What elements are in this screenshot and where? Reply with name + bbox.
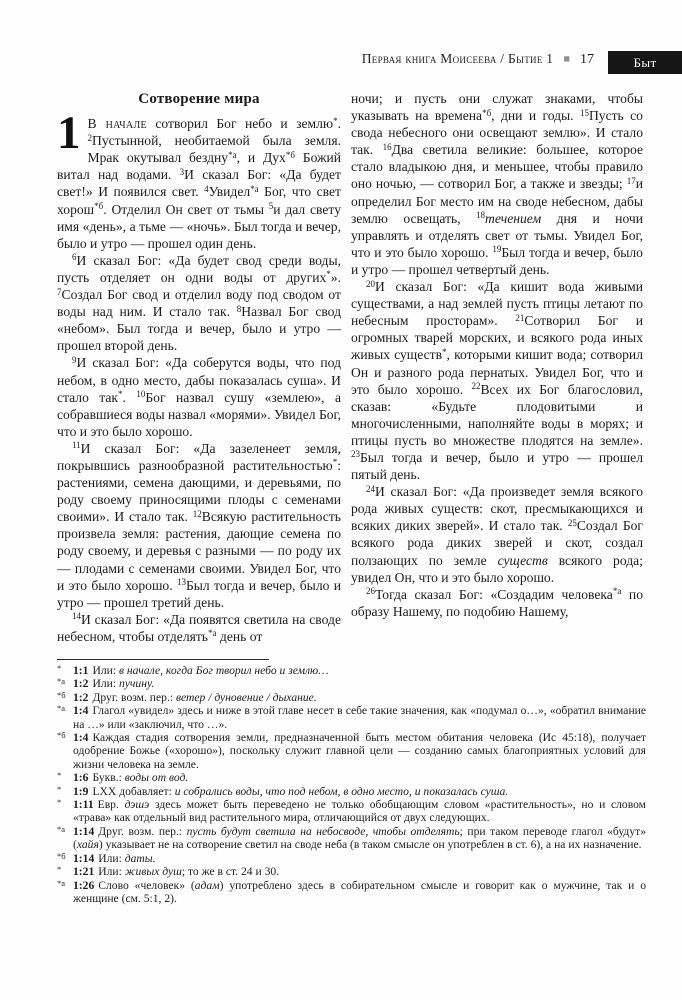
left-column-text: 1В начале сотворил Бог небо и землю*. 2П… [57, 115, 341, 645]
text-run: Или: [92, 664, 118, 677]
footnote-item: *1:6Букв.: воды от вод. [57, 771, 646, 784]
footnote-verse-ref: 1:14 [73, 825, 94, 838]
footnote-marker-inline: *а [228, 150, 237, 160]
emphasis-text: даты. [125, 852, 156, 865]
verse-number: 12 [193, 509, 202, 519]
footnote-marker: * [57, 769, 73, 782]
text-run: день от [217, 629, 263, 644]
verse-number: 21 [515, 313, 524, 323]
verse-number: 4 [204, 184, 209, 194]
verse-number: 5 [269, 201, 274, 211]
text-run: Глагол «увидел» здесь и ниже в этой глав… [73, 704, 646, 730]
verse-number: 25 [568, 518, 577, 528]
text-run: . [338, 116, 341, 131]
footnote-marker: *а [57, 702, 73, 729]
footnote-item: *а1:14Друг. возм. пер.: пусть будут свет… [57, 825, 646, 852]
footnote-verse-ref: 1:21 [73, 865, 94, 878]
emphasis-text: ветер / дуновение / дыхание. [176, 691, 317, 704]
footnote-item: *1:21Или: живых душ; то же в ст. 24 и 30… [57, 865, 646, 878]
emphasis-text: пучину. [119, 677, 154, 690]
verse-number: 26 [366, 586, 375, 596]
footnote-text: 1:21Или: живых душ; то же в ст. 24 и 30. [73, 865, 646, 878]
emphasis-text: воды от вод. [125, 771, 189, 784]
text-run: Или: [92, 677, 118, 690]
footnote-marker-inline: *а [250, 184, 259, 194]
emphasis-text: дэшэ [125, 798, 150, 811]
emphasis-text: живых душ [125, 865, 182, 878]
emphasis-text: существ [498, 553, 548, 568]
drop-cap: 1 [57, 117, 81, 150]
text-run: Два светила великие: большее, которое ст… [351, 142, 643, 191]
paragraph: 20И сказал Бог: «Да кишит вода живыми су… [351, 278, 643, 483]
emphasis-text: хайя [77, 838, 99, 851]
footnote-verse-ref: 1:2 [73, 677, 88, 690]
footnote-marker: * [57, 783, 73, 796]
paragraph: 11И сказал Бог: «Да зазеленеет земля, по… [57, 440, 341, 611]
text-run: Слово «человек» ( [98, 879, 194, 892]
thumb-tab-label: Быт [633, 55, 656, 71]
footnote-marker-inline: *а [208, 628, 217, 638]
footnote-marker: *а [57, 675, 73, 688]
footnotes-section: *1:1Или: в начале, когда Бог творил небо… [57, 659, 646, 905]
footnote-item: *б1:2Друг. возм. пер.: ветер / дуновение… [57, 691, 646, 704]
footnote-text: 1:2Друг. возм. пер.: ветер / дуновение /… [73, 691, 646, 704]
ornament-icon: ◼ [563, 54, 570, 63]
footnote-text: 1:1Или: в начале, когда Бог творил небо … [73, 664, 646, 677]
footnote-text: 1:9LXX добавляет: и собрались воды, что … [73, 785, 646, 798]
text-run: Каждая стадия сотворения земли, предназн… [73, 731, 646, 771]
text-run: , дни и годы. [491, 108, 580, 123]
verse-number: 6 [72, 252, 77, 262]
text-run: ». [331, 270, 341, 285]
footnote-list: *1:1Или: в начале, когда Бог творил небо… [57, 664, 646, 905]
text-run: Евр. [98, 798, 125, 811]
footnote-marker: *а [57, 877, 73, 904]
paragraph: 26Тогда сказал Бог: «Создадим человека*а… [351, 586, 643, 620]
verse-number: 16 [383, 142, 392, 152]
section-title: Сотворение мира [57, 91, 341, 108]
text-run: Букв.: [92, 771, 124, 784]
verse-number: 2 [88, 133, 93, 143]
footnote-marker: * [57, 796, 73, 823]
verse-number: 19 [492, 244, 501, 254]
verse-number: 22 [471, 381, 480, 391]
verse-number: 24 [366, 484, 375, 494]
text-run: Или: [98, 852, 124, 865]
verse-number: 17 [627, 176, 636, 186]
emphasis-text: и собрались воды, что под небом, в одно … [175, 785, 509, 798]
footnote-item: *а1:4Глагол «увидел» здесь и ниже в этой… [57, 704, 646, 731]
text-run: Или: [98, 865, 124, 878]
footnote-verse-ref: 1:1 [73, 664, 88, 677]
footnote-marker: *б [57, 729, 73, 769]
footnote-item: *б1:14Или: даты. [57, 852, 646, 865]
footnote-marker-inline: * [333, 116, 338, 126]
footnote-item: *а1:2Или: пучину. [57, 677, 646, 690]
page-number: 17 [580, 52, 594, 67]
footnote-marker-inline: *б [286, 150, 295, 160]
footnote-marker: *а [57, 823, 73, 850]
footnote-item: *а1:26Слово «человек» (адам) употреблено… [57, 879, 646, 906]
verse-number: 18 [476, 210, 485, 220]
text-run: ; то же в ст. 24 и 30. [182, 865, 279, 878]
footnote-text: 1:14Или: даты. [73, 852, 646, 865]
verse-number: 9 [72, 355, 77, 365]
verse-number: 13 [177, 577, 186, 587]
footnote-marker-inline: * [333, 457, 338, 467]
small-caps-text: В начале [88, 116, 147, 131]
text-run: И сказал Бог: «Да появятся светила на св… [57, 612, 341, 644]
text-run: . [123, 390, 137, 405]
footnote-text: 1:11Евр. дэшэ здесь может быть переведен… [73, 798, 646, 825]
text-run: Был тогда и вечер, было и утро — прошел … [351, 450, 643, 482]
verse-number: 20 [366, 279, 375, 289]
emphasis-text: течением [485, 211, 541, 226]
emphasis-text: адам [195, 879, 220, 892]
footnote-item: *1:11Евр. дэшэ здесь может быть переведе… [57, 798, 646, 825]
footnote-separator [57, 659, 269, 660]
paragraph: ночи; и пусть они служат знаками, чтобы … [351, 90, 643, 278]
verse-number: 23 [351, 449, 360, 459]
footnote-text: 1:2Или: пучину. [73, 677, 646, 690]
running-head: Первая книга Моисеева / Бытие 1◼17 [0, 51, 594, 68]
text-run: Друг. возм. пер.: [98, 825, 186, 838]
footnote-verse-ref: 1:4 [73, 704, 88, 717]
footnote-marker: * [57, 863, 73, 876]
text-run: , и Дух [237, 150, 286, 165]
footnote-text: 1:6Букв.: воды от вод. [73, 771, 646, 784]
text-column-left: Сотворение мира 1В начале сотворил Бог н… [57, 90, 341, 645]
footnote-item: *1:9LXX добавляет: и собрались воды, что… [57, 785, 646, 798]
footnote-marker-inline: * [118, 389, 123, 399]
verse-number: 15 [580, 108, 589, 118]
text-run: И сказал Бог: «Да зазеленеет земля, покр… [57, 441, 341, 473]
footnote-marker: * [57, 662, 73, 675]
text-run: сотворил Бог небо и землю [147, 116, 333, 131]
footnote-marker-inline: *б [482, 108, 491, 118]
text-run: Тогда сказал Бог: «Создадим человека [375, 587, 613, 602]
text-run: ) указывает не на сотворение светил на с… [99, 838, 642, 851]
footnote-verse-ref: 1:2 [73, 691, 88, 704]
footnote-text: 1:4Каждая стадия сотворения земли, предн… [73, 731, 646, 771]
emphasis-text: пусть будут светила на небосводе, чтобы … [187, 825, 460, 838]
text-column-right: ночи; и пусть они служат знаками, чтобы … [351, 90, 643, 645]
book-page: Первая книга Моисеева / Бытие 1◼17 Быт С… [0, 0, 682, 1000]
footnote-marker-inline: * [326, 269, 331, 279]
footnote-marker-inline: * [442, 347, 447, 357]
paragraph: 9И сказал Бог: «Да соберутся воды, что п… [57, 354, 341, 439]
paragraph: 6И сказал Бог: «Да будет свод среди воды… [57, 252, 341, 355]
footnote-marker: *б [57, 689, 73, 702]
footnote-verse-ref: 1:9 [73, 785, 88, 798]
footnote-verse-ref: 1:14 [73, 852, 94, 865]
footnote-verse-ref: 1:26 [73, 879, 94, 892]
footnote-text: 1:14Друг. возм. пер.: пусть будут светил… [73, 825, 646, 852]
footnote-marker-inline: *б [94, 201, 103, 211]
text-run: здесь может быть переведено не только об… [73, 798, 646, 824]
verse-number: 7 [57, 287, 62, 297]
paragraph: 24И сказал Бог: «Да произведет земля вся… [351, 483, 643, 586]
footnote-marker-inline: *а [613, 586, 622, 596]
footnote-verse-ref: 1:4 [73, 731, 88, 744]
footnote-item: *б1:4Каждая стадия сотворения земли, пре… [57, 731, 646, 771]
text-run: Друг. возм. пер.: [92, 691, 176, 704]
footnote-text: 1:4Глагол «увидел» здесь и ниже в этой г… [73, 704, 646, 731]
verse-number: 3 [180, 167, 185, 177]
chapter-thumb-tab: Быт [608, 51, 682, 74]
paragraph: 14И сказал Бог: «Да появятся светила на … [57, 611, 341, 645]
running-title: Первая книга Моисеева / Бытие 1 [362, 51, 554, 66]
footnote-text: 1:26Слово «человек» (адам) употреблено з… [73, 879, 646, 906]
footnote-item: *1:1Или: в начале, когда Бог творил небо… [57, 664, 646, 677]
verse-number: 11 [72, 440, 81, 450]
text-run: Увидел [209, 184, 251, 199]
verse-number: 14 [72, 611, 81, 621]
text-run: И сказал Бог: «Да будет свод среди воды,… [57, 253, 341, 285]
footnote-marker: *б [57, 850, 73, 863]
footnote-verse-ref: 1:6 [73, 771, 88, 784]
page-body: Сотворение мира 1В начале сотворил Бог н… [57, 90, 643, 645]
emphasis-text: в начале, когда Бог творил небо и землю… [119, 664, 329, 677]
text-run: LXX добавляет: [92, 785, 174, 798]
paragraph: 1В начале сотворил Бог небо и землю*. 2П… [57, 115, 341, 252]
footnote-verse-ref: 1:11 [73, 798, 94, 811]
verse-number: 10 [136, 389, 145, 399]
text-run: . Отделил Он свет от тьмы [103, 202, 269, 217]
verse-number: 8 [237, 304, 242, 314]
